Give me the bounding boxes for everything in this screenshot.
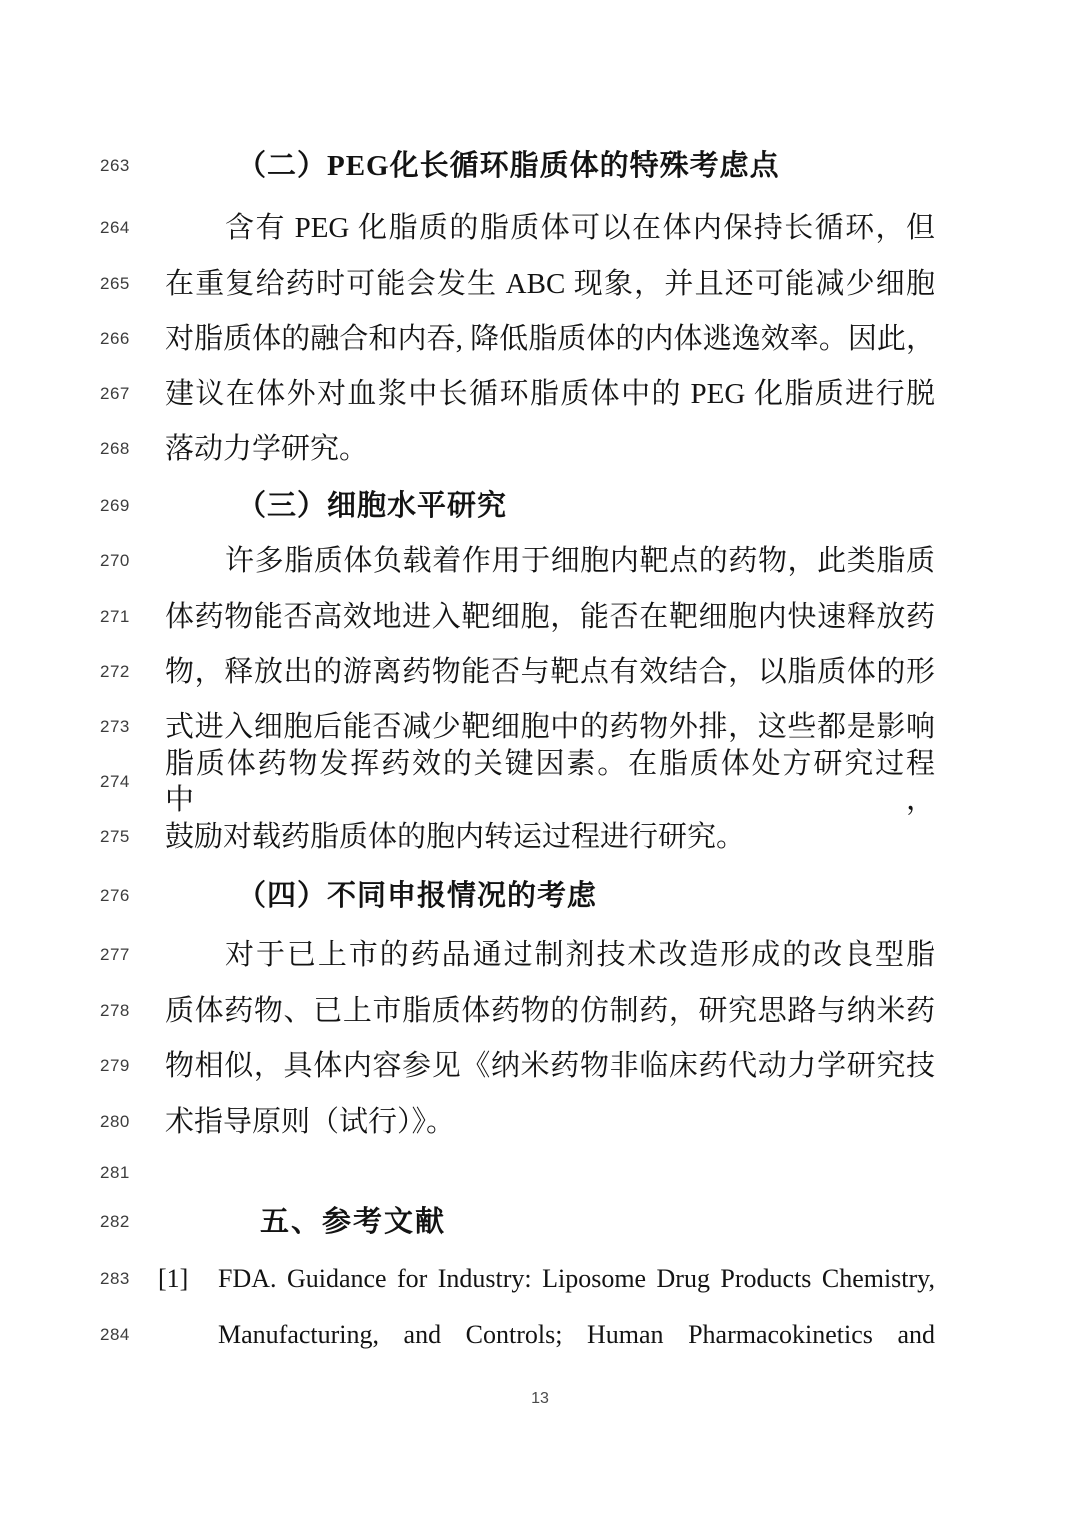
- reference-text: Manufacturing, and Controls; Human Pharm…: [218, 1319, 935, 1352]
- page-number: 13: [0, 1390, 1080, 1408]
- reference-marker: [1]: [158, 1263, 218, 1296]
- doc-line-279: 279 物相似，具体内容参见《纳米药物非临床药代动力学研究技: [0, 1038, 1080, 1094]
- document-page: 263 （二）PEG化长循环脂质体的特殊考虑点 264 含有 PEG 化脂质的脂…: [0, 0, 1080, 1527]
- body-text: 含有 PEG 化脂质的脂质体可以在体内保持长循环，但: [165, 210, 935, 246]
- line-number: 269: [100, 496, 130, 516]
- line-number: 267: [100, 384, 130, 404]
- body-text: 术指导原则（试行）》。: [165, 1104, 935, 1140]
- line-number: 284: [100, 1325, 130, 1345]
- doc-line-263: 263 （二）PEG化长循环脂质体的特殊考虑点: [0, 138, 1080, 194]
- doc-line-269: 269 （三）细胞水平研究: [0, 478, 1080, 534]
- body-text: 物相似，具体内容参见《纳米药物非临床药代动力学研究技: [165, 1048, 935, 1084]
- chapter-heading: 五、参考文献: [165, 1204, 935, 1240]
- line-number: 282: [100, 1212, 130, 1232]
- section-heading: （二）PEG化长循环脂质体的特殊考虑点: [165, 148, 935, 184]
- doc-line-268: 268 落动力学研究。: [0, 421, 1080, 477]
- line-number: 266: [100, 329, 130, 349]
- body-text: 在重复给药时可能会发生 ABC 现象，并且还可能减少细胞: [165, 266, 935, 302]
- body-text: 落动力学研究。: [165, 431, 935, 467]
- line-number: 275: [100, 827, 130, 847]
- line-number: 278: [100, 1001, 130, 1021]
- doc-line-265: 265 在重复给药时可能会发生 ABC 现象，并且还可能减少细胞: [0, 256, 1080, 312]
- line-number: 264: [100, 218, 130, 238]
- line-number: 280: [100, 1112, 130, 1132]
- line-number: 283: [100, 1269, 130, 1289]
- doc-line-266: 266 对脂质体的融合和内吞, 降低脂质体的内体逃逸效率。因此，: [0, 311, 1080, 367]
- doc-line-275: 275 鼓励对载药脂质体的胞内转运过程进行研究。: [0, 809, 1080, 865]
- doc-line-276: 276 （四）不同申报情况的考虑: [0, 868, 1080, 924]
- body-text: 许多脂质体负载着作用于细胞内靶点的药物，此类脂质: [165, 543, 935, 579]
- line-number: 274: [100, 772, 130, 792]
- doc-line-270: 270 许多脂质体负载着作用于细胞内靶点的药物，此类脂质: [0, 533, 1080, 589]
- line-number: 279: [100, 1056, 130, 1076]
- line-number: 272: [100, 662, 130, 682]
- body-text: 式进入细胞后能否减少靶细胞中的药物外排，这些都是影响: [165, 709, 935, 745]
- line-number: 281: [100, 1163, 130, 1183]
- line-number: 268: [100, 439, 130, 459]
- doc-line-277: 277 对于已上市的药品通过制剂技术改造形成的改良型脂: [0, 927, 1080, 983]
- doc-line-281: 281: [0, 1145, 1080, 1201]
- section-heading: （四）不同申报情况的考虑: [165, 878, 935, 914]
- body-text: 物，释放出的游离药物能否与靶点有效结合，以脂质体的形: [165, 654, 935, 690]
- body-text: 鼓励对载药脂质体的胞内转运过程进行研究。: [165, 819, 935, 855]
- body-text: 体药物能否高效地进入靶细胞，能否在靶细胞内快速释放药: [165, 599, 935, 635]
- doc-line-278: 278 质体药物、已上市脂质体药物的仿制药，研究思路与纳米药: [0, 983, 1080, 1039]
- section-heading: （三）细胞水平研究: [165, 488, 935, 524]
- line-number: 263: [100, 156, 130, 176]
- line-number: 273: [100, 717, 130, 737]
- doc-line-264: 264 含有 PEG 化脂质的脂质体可以在体内保持长循环，但: [0, 200, 1080, 256]
- line-number: 276: [100, 886, 130, 906]
- reference-text: FDA. Guidance for Industry: Liposome Dru…: [218, 1263, 935, 1296]
- line-number: 271: [100, 607, 130, 627]
- doc-line-271: 271 体药物能否高效地进入靶细胞，能否在靶细胞内快速释放药: [0, 589, 1080, 645]
- doc-line-274: 274 脂质体药物发挥药效的关键因素。在脂质体处方研究过程中，: [0, 754, 1080, 810]
- body-text: 建议在体外对血浆中长循环脂质体中的 PEG 化脂质进行脱: [165, 376, 935, 412]
- doc-line-272: 272 物，释放出的游离药物能否与靶点有效结合，以脂质体的形: [0, 644, 1080, 700]
- doc-line-284: 284 Manufacturing, and Controls; Human P…: [0, 1307, 1080, 1363]
- body-text: 质体药物、已上市脂质体药物的仿制药，研究思路与纳米药: [165, 993, 935, 1029]
- line-number: 270: [100, 551, 130, 571]
- doc-line-282: 282 五、参考文献: [0, 1194, 1080, 1250]
- body-text: 对于已上市的药品通过制剂技术改造形成的改良型脂: [165, 937, 935, 973]
- body-text: 脂质体药物发挥药效的关键因素。在脂质体处方研究过程中，: [165, 746, 935, 819]
- line-number: 265: [100, 274, 130, 294]
- doc-line-267: 267 建议在体外对血浆中长循环脂质体中的 PEG 化脂质进行脱: [0, 366, 1080, 422]
- line-number: 277: [100, 945, 130, 965]
- doc-line-283: 283 [1] FDA. Guidance for Industry: Lipo…: [0, 1251, 1080, 1307]
- reference-entry: [1] FDA. Guidance for Industry: Liposome…: [158, 1263, 935, 1296]
- doc-line-280: 280 术指导原则（试行）》。: [0, 1094, 1080, 1150]
- body-text: 对脂质体的融合和内吞, 降低脂质体的内体逃逸效率。因此，: [165, 321, 935, 357]
